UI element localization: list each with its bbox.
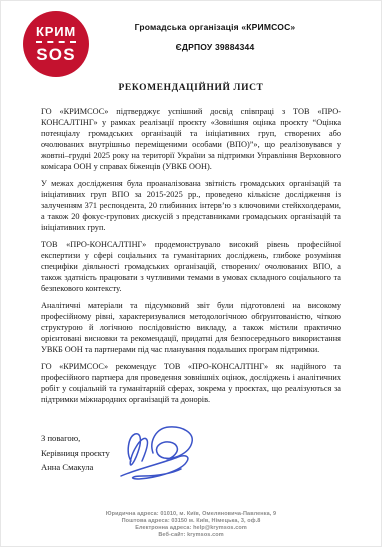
letter-body: ГО «КРИМСОС» підтверджує успішний досвід… (41, 106, 341, 405)
letter-paragraph: У межах дослідження була проаналізована … (41, 178, 341, 233)
letter-paragraph: ТОВ «ПРО-КОНСАЛТІНГ» продемонструвало ви… (41, 239, 341, 294)
org-logo: КРИМ SOS (23, 11, 89, 77)
org-edrpou: ЄДРПОУ 39884344 (89, 42, 341, 52)
footer-line: Поштова адреса: 03150 м. Київ, Німецька,… (1, 518, 381, 525)
logo-text-krym: КРИМ (36, 25, 76, 38)
org-name: Громадська організація «КРИМСОС» (89, 22, 341, 32)
footer-line: Веб-сайт: krymsos.com (1, 532, 381, 539)
signature-name: Анна Смакула (41, 460, 341, 475)
logo-text-sos: SOS (36, 46, 76, 63)
letter-title: РЕКОМЕНДАЦІЙНИЙ ЛИСТ (1, 83, 381, 93)
signature-role: Керівниця проєкту (41, 446, 341, 461)
signature-closing: З повагою, (41, 431, 341, 446)
org-header-text: Громадська організація «КРИМСОС» ЄДРПОУ … (89, 11, 341, 52)
signature-text: З повагою, Керівниця проєкту Анна Смакул… (41, 431, 341, 475)
footer-line: Юридична адреса: 01010, м. Київ, Омеляно… (1, 511, 381, 518)
footer-line: Електронна адреса: help@krymsos.com (1, 525, 381, 532)
letterhead: КРИМ SOS Громадська організація «КРИМСОС… (1, 1, 381, 77)
logo-dashed-divider-icon (36, 41, 76, 43)
letter-paragraph: Аналітичні матеріали та підсумковий звіт… (41, 300, 341, 355)
document-page: КРИМ SOS Громадська організація «КРИМСОС… (0, 0, 382, 547)
letter-paragraph: ГО «КРИМСОС» рекомендує ТОВ «ПРО-КОНСАЛТ… (41, 361, 341, 405)
letter-paragraph: ГО «КРИМСОС» підтверджує успішний досвід… (41, 106, 341, 172)
footer-contact: Юридична адреса: 01010, м. Київ, Омеляно… (1, 511, 381, 539)
signature-block: З повагою, Керівниця проєкту Анна Смакул… (41, 431, 341, 501)
